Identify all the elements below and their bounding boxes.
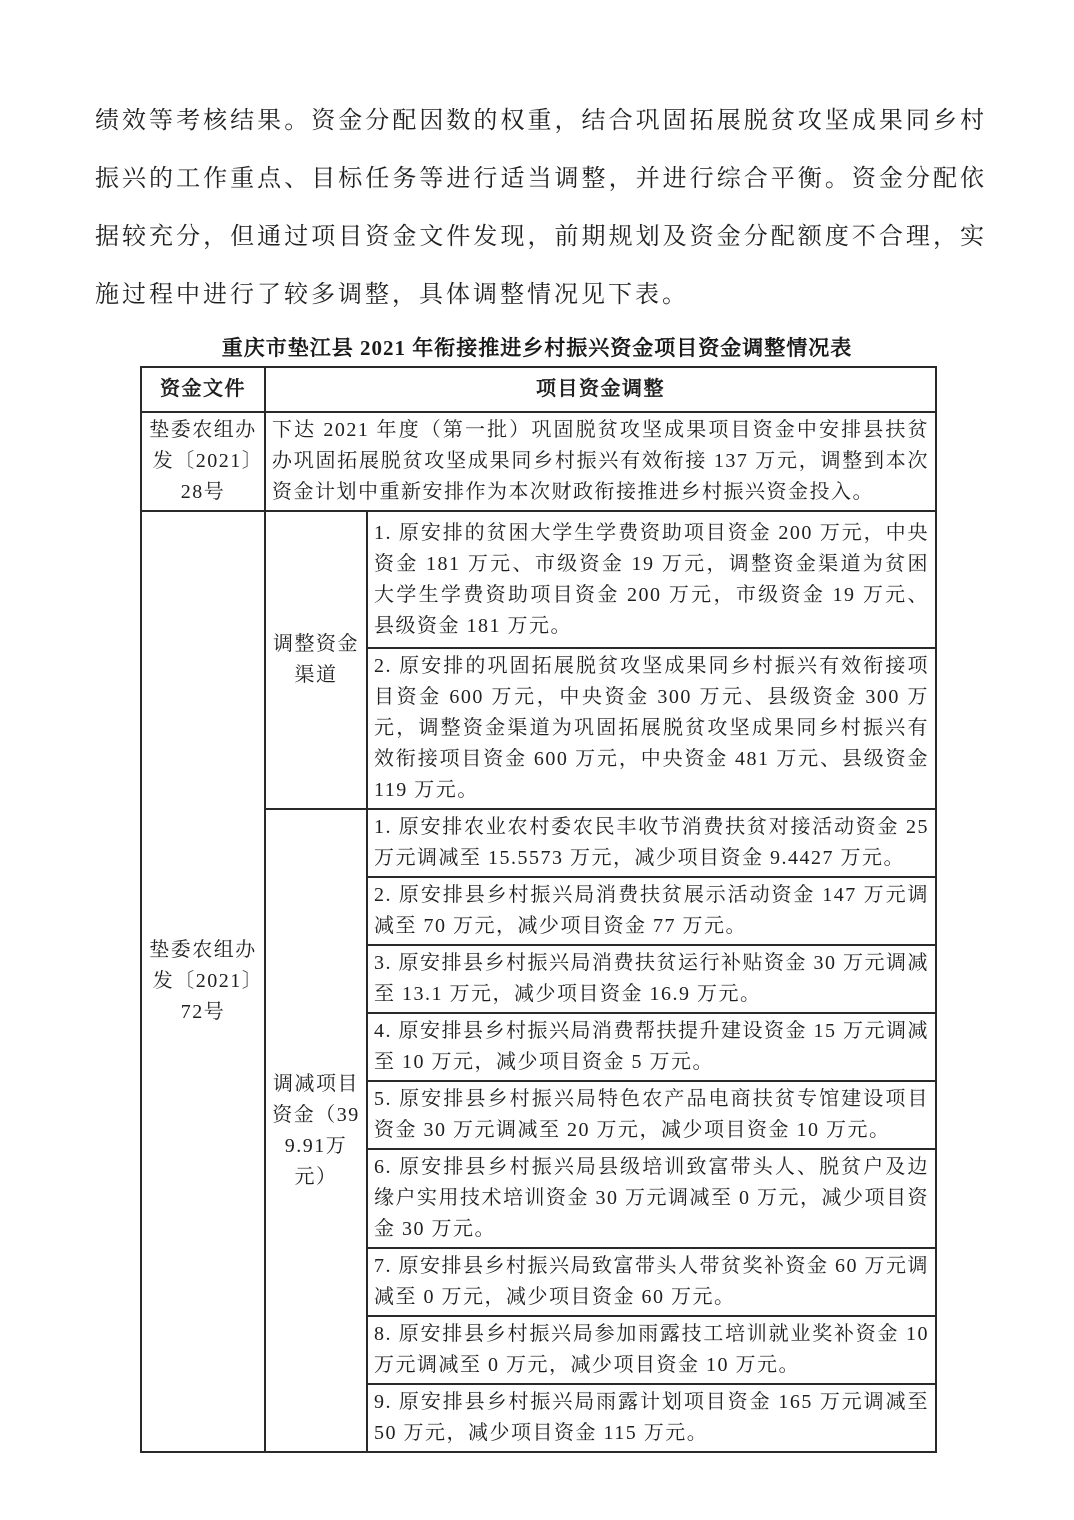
reduction-item-cell: 5. 原安排县乡村振兴局特色农产品电商扶贫专馆建设项目资金 30 万元调减至 2… (367, 1081, 936, 1149)
header-cell-project-adjustment: 项目资金调整 (265, 367, 936, 412)
reduction-item-cell: 4. 原安排县乡村振兴局消费帮扶提升建设资金 15 万元调减至 10 万元，减少… (367, 1013, 936, 1081)
reduction-item-cell: 9. 原安排县乡村振兴局雨露计划项目资金 165 万元调减至 50 万元，减少项… (367, 1384, 936, 1452)
reduction-label-cell: 调减项目资金（399.91万元） (265, 809, 367, 1452)
table-title: 重庆市垫江县 2021 年衔接推进乡村振兴资金项目资金调整情况表 (0, 332, 1074, 362)
table-row-doc28: 垫委农组办发〔2021〕28号 下达 2021 年度（第一批）巩固脱贫攻坚成果项… (141, 412, 936, 511)
intro-paragraph: 绩效等考核结果。资金分配因数的权重，结合巩固拓展脱贫攻坚成果同乡村振兴的工作重点… (95, 92, 987, 324)
reduction-item-cell: 1. 原安排农业农村委农民丰收节消费扶贫对接活动资金 25 万元调减至 15.5… (367, 809, 936, 877)
doc28-content-cell: 下达 2021 年度（第一批）巩固脱贫攻坚成果项目资金中安排县扶贫办巩固拓展脱贫… (265, 412, 936, 511)
reduction-item-cell: 2. 原安排县乡村振兴局消费扶贫展示活动资金 147 万元调减至 70 万元，减… (367, 877, 936, 945)
adjustment-table: 资金文件 项目资金调整 垫委农组办发〔2021〕28号 下达 2021 年度（第… (140, 366, 937, 1453)
reduction-item-cell: 8. 原安排县乡村振兴局参加雨露技工培训就业奖补资金 10 万元调减至 0 万元… (367, 1316, 936, 1384)
table-row-channel-item-1: 垫委农组办发〔2021〕72号 调整资金渠道 1. 原安排的贫困大学生学费资助项… (141, 511, 936, 648)
doc28-label-cell: 垫委农组办发〔2021〕28号 (141, 412, 265, 511)
reduction-item-cell: 6. 原安排县乡村振兴局县级培训致富带头人、脱贫户及边缘户实用技术培训资金 30… (367, 1149, 936, 1248)
reduction-item-cell: 7. 原安排县乡村振兴局致富带头人带贫奖补资金 60 万元调减至 0 万元，减少… (367, 1248, 936, 1316)
document-page: 绩效等考核结果。资金分配因数的权重，结合巩固拓展脱贫攻坚成果同乡村振兴的工作重点… (0, 0, 1074, 1520)
channel-item-cell: 2. 原安排的巩固拓展脱贫攻坚成果同乡村振兴有效衔接项目资金 600 万元，中央… (367, 648, 936, 809)
header-cell-fund-document: 资金文件 (141, 367, 265, 412)
channel-adjustment-label-cell: 调整资金渠道 (265, 511, 367, 809)
reduction-item-cell: 3. 原安排县乡村振兴局消费扶贫运行补贴资金 30 万元调减至 13.1 万元，… (367, 945, 936, 1013)
channel-item-cell: 1. 原安排的贫困大学生学费资助项目资金 200 万元，中央资金 181 万元、… (367, 511, 936, 648)
table-header-row: 资金文件 项目资金调整 (141, 367, 936, 412)
doc72-label-cell: 垫委农组办发〔2021〕72号 (141, 511, 265, 1452)
